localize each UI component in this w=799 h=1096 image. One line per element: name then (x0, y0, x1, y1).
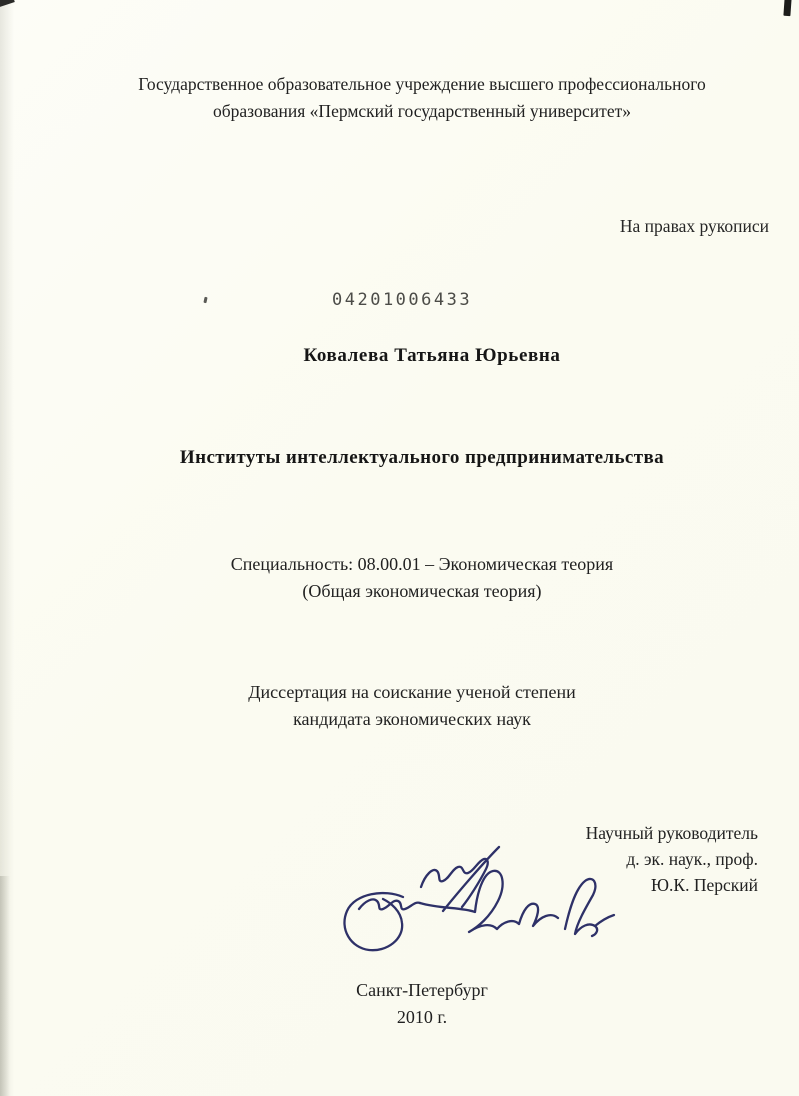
footer-block: Санкт-Петербург 2010 г. (42, 977, 799, 1031)
scan-artifact-speck (203, 297, 207, 303)
specialty-line1: Специальность: 08.00.01 – Экономическая … (42, 551, 799, 578)
dissertation-title: Институты интеллектуального предпринимат… (42, 447, 799, 469)
manuscript-rights-note: На правах рукописи (620, 216, 769, 237)
dissertation-line1: Диссертация на соискание ученой степени (32, 679, 792, 706)
dissertation-line2: кандидата экономических наук (32, 706, 792, 733)
dissertation-statement: Диссертация на соискание ученой степени … (32, 679, 792, 733)
specialty-line2: (Общая экономическая теория) (42, 578, 799, 605)
registration-stamp-number: 04201006433 (332, 290, 472, 310)
scan-edge-shadow-bottom-left (0, 876, 10, 1096)
institution-header-line1: Государственное образовательное учрежден… (42, 71, 799, 98)
scanned-title-page: Государственное образовательное учрежден… (0, 0, 799, 1096)
supervisor-role: Научный руководитель (586, 820, 758, 846)
supervisor-signature (325, 845, 620, 970)
institution-header: Государственное образовательное учрежден… (42, 71, 799, 125)
signature-strokes (344, 847, 614, 950)
author-name: Ковалева Татьяна Юрьевна (52, 345, 799, 367)
footer-city: Санкт-Петербург (42, 977, 799, 1004)
footer-year: 2010 г. (42, 1004, 799, 1031)
institution-header-line2: образования «Пермский государственный ун… (42, 98, 799, 125)
scan-artifact-top-right (783, 0, 791, 16)
specialty-block: Специальность: 08.00.01 – Экономическая … (42, 551, 799, 605)
